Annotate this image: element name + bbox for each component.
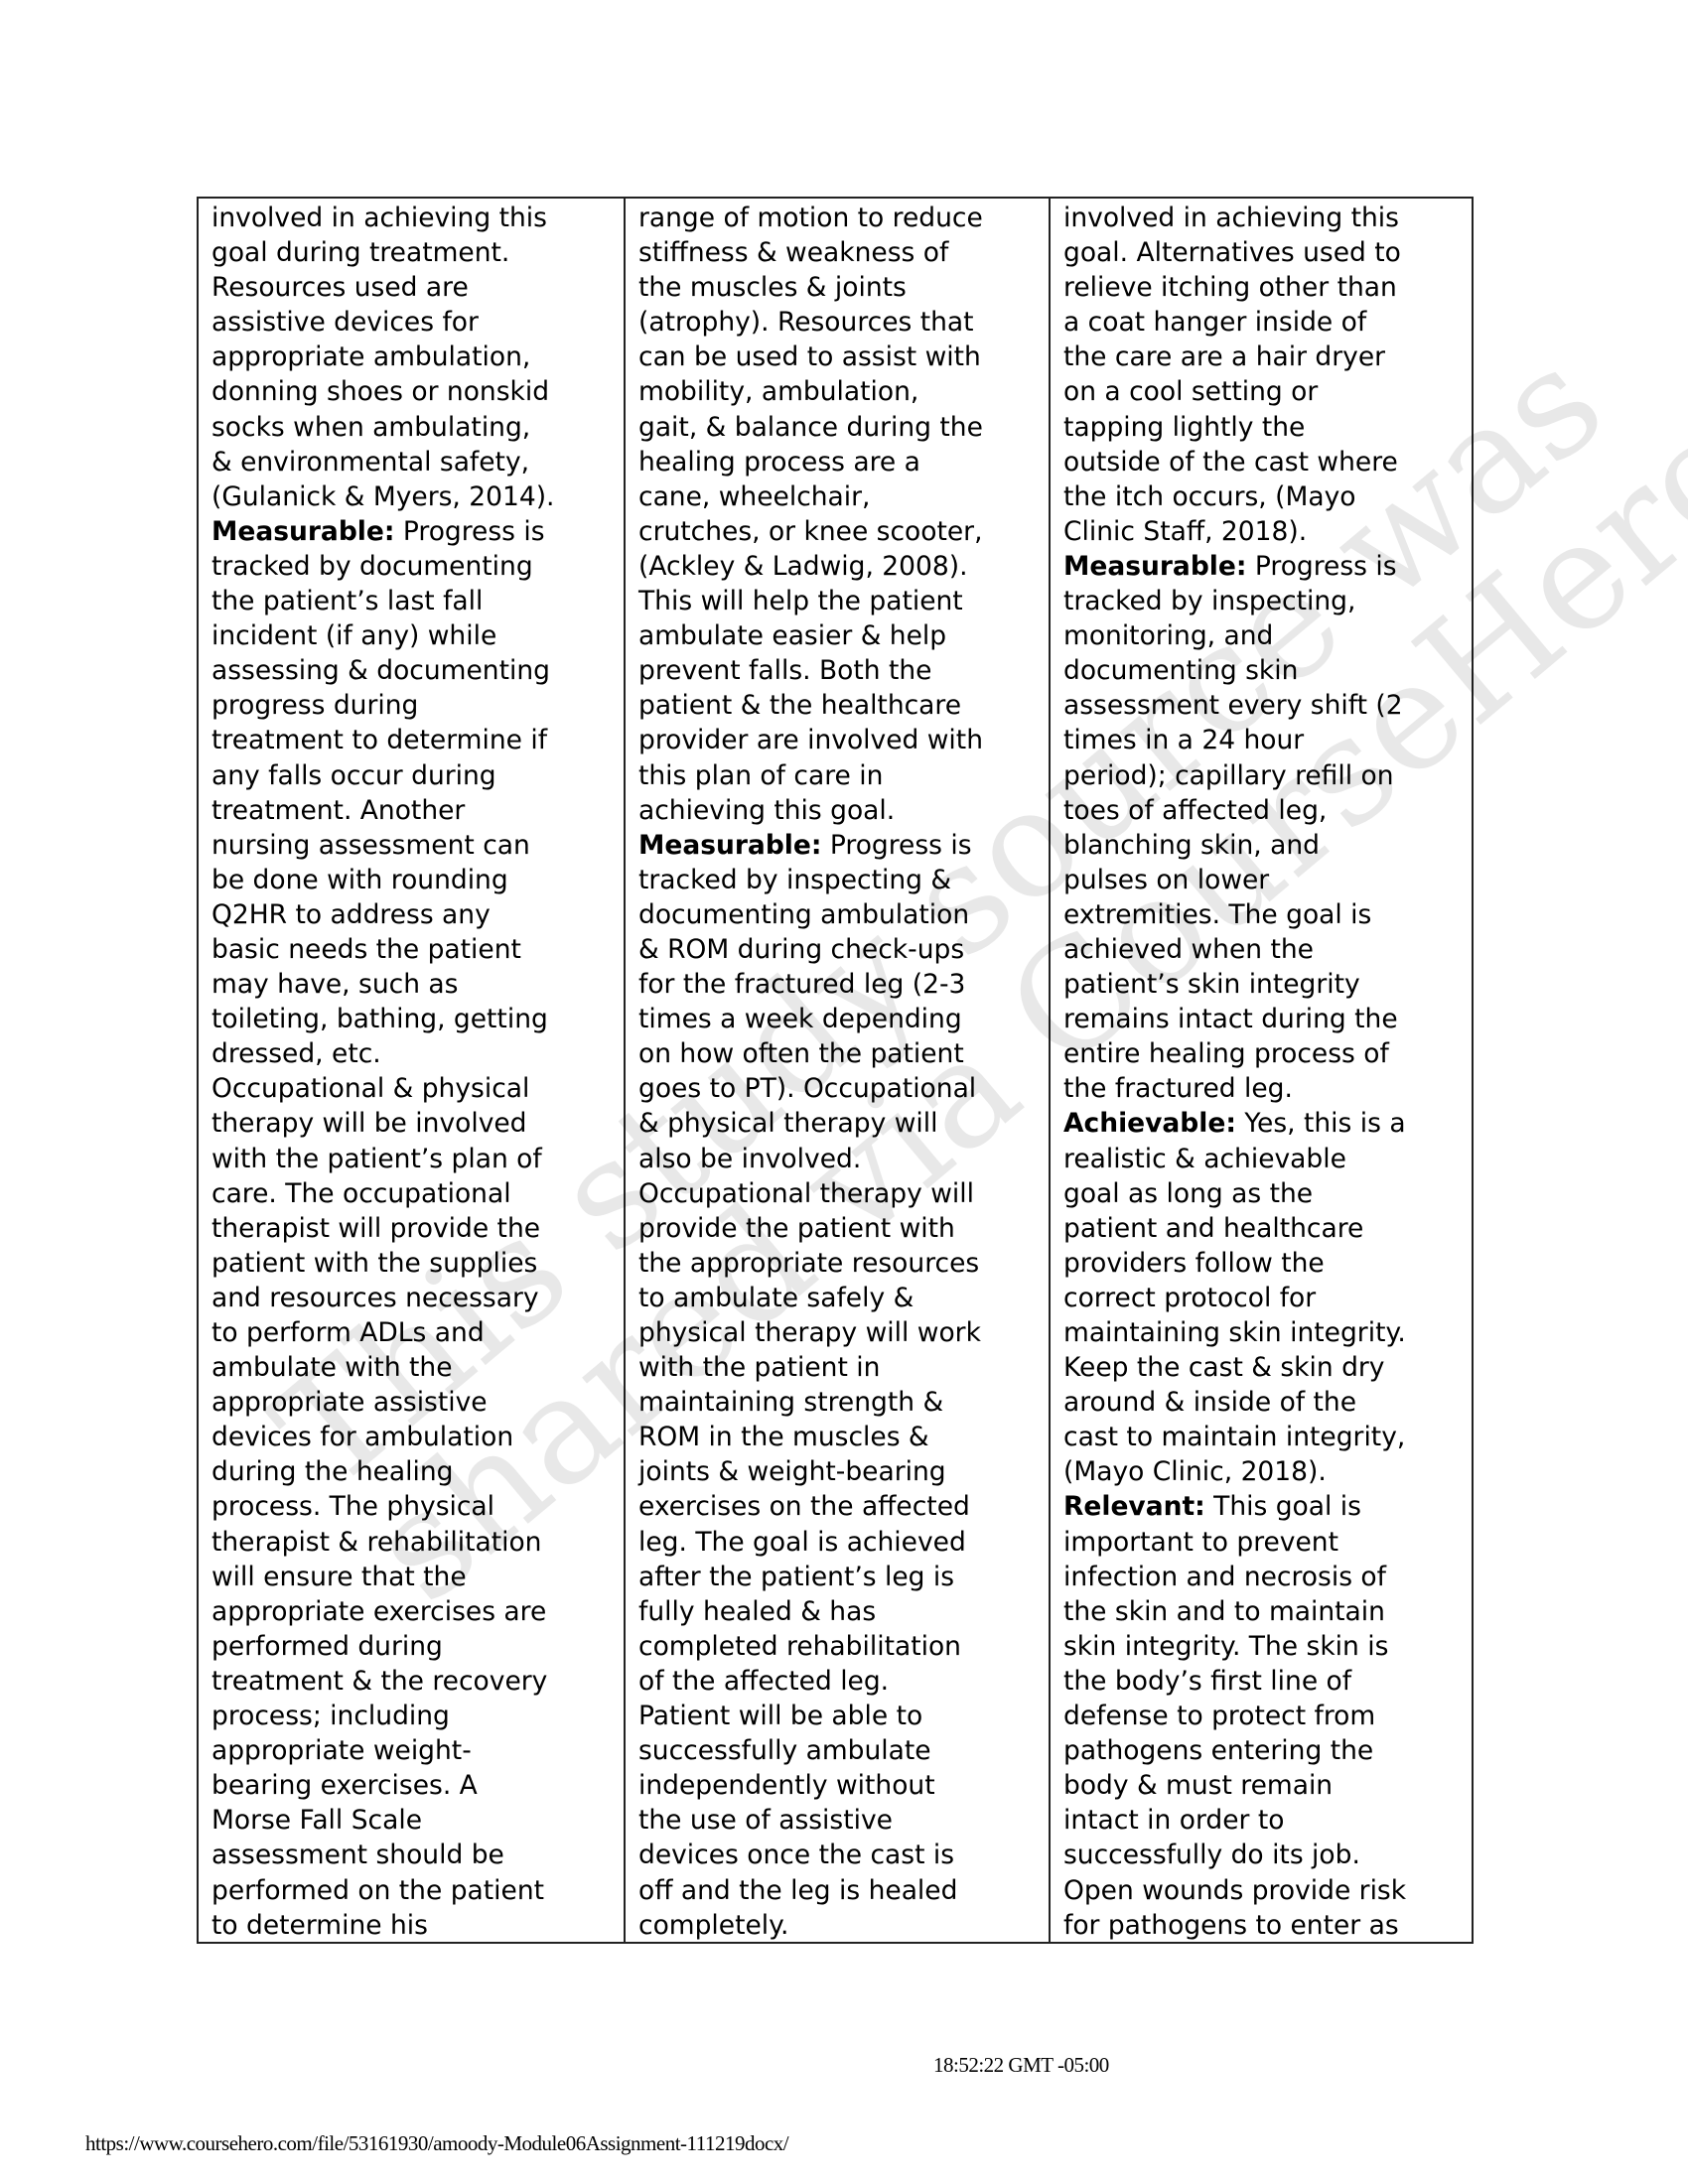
table-cell-line: with the patient’s plan of [211,1142,624,1176]
table-cell-line: tracked by documenting [211,549,624,584]
table-column-2: range of motion to reducestiffness & wea… [624,199,1049,1942]
line-text: the care are a hair dryer [1063,341,1385,372]
table-cell-line: also be involved. [638,1142,1049,1176]
table-cell-line: therapist will provide the [211,1211,624,1246]
line-text: Patient will be able to [638,1701,922,1731]
line-text: after the patient’s leg is [638,1562,954,1592]
table-cell-line: the care are a hair dryer [1063,340,1472,374]
line-text: progress during [211,690,418,721]
table-cell-line: on a cool setting or [1063,374,1472,409]
table-cell-line: & physical therapy will [638,1106,1049,1141]
line-text: patient & the healthcare [638,690,961,721]
table-column-1: involved in achieving thisgoal during tr… [199,199,624,1942]
line-text: patient’s skin integrity [1063,969,1360,1000]
table-cell-line: to perform ADLs and [211,1315,624,1350]
table-cell-line: involved in achieving this [211,201,624,235]
line-text: & physical therapy will [638,1108,937,1139]
line-text: joints & weight-bearing [638,1456,946,1487]
table-cell-line: toes of affected leg, [1063,793,1472,828]
line-text: Progress is [394,516,544,547]
line-text: involved in achieving this [211,203,547,233]
table-cell-line: ROM in the muscles & [638,1420,1049,1454]
table-cell-line: process; including [211,1699,624,1733]
table-cell-line: pulses on lower [1063,863,1472,897]
table-cell-line: therapist & rehabilitation [211,1525,624,1560]
line-text: outside of the cast where [1063,447,1398,478]
table-cell-line: appropriate exercises are [211,1594,624,1629]
line-text: realistic & achievable [1063,1144,1346,1174]
table-cell-line: assessment every shift (2 [1063,688,1472,723]
line-text: successfully do its job. [1063,1840,1360,1870]
table-cell-line: patient with the supplies [211,1246,624,1281]
line-text: will ensure that the [211,1562,467,1592]
table-cell-line: range of motion to reduce [638,201,1049,235]
line-text: pulses on lower [1063,865,1269,895]
line-text: tracked by inspecting, [1063,586,1355,616]
line-text: documenting ambulation [638,899,969,930]
line-text: the itch occurs, (Mayo [1063,481,1356,512]
line-text: achieved when the [1063,934,1314,965]
smart-criterion-label: Measurable: [211,516,394,547]
line-text: donning shoes or nonskid [211,376,549,407]
table-cell-line: be done with rounding [211,863,624,897]
table-cell-line: Open wounds provide risk [1063,1873,1472,1908]
table-cell-line: important to prevent [1063,1525,1472,1560]
table-cell-line: outside of the cast where [1063,445,1472,479]
table-cell-line: Patient will be able to [638,1699,1049,1733]
line-text: care. The occupational [211,1178,511,1209]
table-cell-line: this plan of care in [638,758,1049,793]
line-text: toileting, bathing, getting [211,1004,548,1034]
table-cell-line: Keep the cast & skin dry [1063,1350,1472,1385]
line-text: performed on the patient [211,1875,544,1906]
line-text: blanching skin, and [1063,830,1320,861]
line-text: a coat hanger inside of [1063,307,1366,338]
table-cell-line: Q2HR to address any [211,897,624,932]
line-text: goal. Alternatives used to [1063,237,1401,268]
line-text: entire healing process of [1063,1038,1389,1069]
table-cell-line: goal. Alternatives used to [1063,235,1472,270]
table-cell-line: a coat hanger inside of [1063,305,1472,340]
table-cell-line: period); capillary refill on [1063,758,1472,793]
line-text: fully healed & has [638,1596,876,1627]
line-text: Progress is [1246,551,1396,582]
table-cell-line: for the fractured leg (2-3 [638,967,1049,1002]
line-text: devices for ambulation [211,1422,513,1452]
line-text: ambulate easier & help [638,620,946,651]
line-text: This goal is [1205,1491,1361,1522]
line-text: independently without [638,1770,935,1801]
line-text: to perform ADLs and [211,1317,485,1348]
line-text: period); capillary refill on [1063,760,1394,791]
line-text: the patient’s last fall [211,586,483,616]
line-text: can be used to assist with [638,341,981,372]
line-text: bearing exercises. A [211,1770,478,1801]
table-cell-line: on how often the patient [638,1036,1049,1071]
table-cell-line: successfully do its job. [1063,1838,1472,1872]
line-text: goes to PT). Occupational [638,1073,976,1104]
line-text: crutches, or knee scooter, [638,516,983,547]
table-cell-line: independently without [638,1768,1049,1803]
line-text: tracked by documenting [211,551,533,582]
line-text: Occupational & physical [211,1073,529,1104]
table-cell-line: patient and healthcare [1063,1211,1472,1246]
line-text: with the patient in [638,1352,880,1383]
line-text: performed during [211,1631,443,1662]
table-cell-line: fully healed & has [638,1594,1049,1629]
line-text: the body’s first line of [1063,1666,1351,1697]
table-cell-line: healing process are a [638,445,1049,479]
table-cell-line: realistic & achievable [1063,1142,1472,1176]
line-text: ambulate with the [211,1352,453,1383]
table-cell-line: patient’s skin integrity [1063,967,1472,1002]
table-cell-line: progress during [211,688,624,723]
table-cell-line: to determine his [211,1908,624,1942]
table-cell-line: cane, wheelchair, [638,479,1049,514]
line-text: incident (if any) while [211,620,496,651]
table-cell-line: (atrophy). Resources that [638,305,1049,340]
table-cell-line: joints & weight-bearing [638,1454,1049,1489]
table-cell-line: tracked by inspecting & [638,863,1049,897]
table-cell-line: the muscles & joints [638,270,1049,305]
table-cell-line: documenting ambulation [638,897,1049,932]
line-text: and resources necessary [211,1283,539,1313]
line-text: off and the leg is healed [638,1875,957,1906]
line-text: exercises on the affected [638,1491,970,1522]
line-text: treatment & the recovery [211,1666,547,1697]
table-cell-line: therapy will be involved [211,1106,624,1141]
table-cell-line: monitoring, and [1063,618,1472,653]
table-cell-line: ambulate with the [211,1350,624,1385]
table-cell-line: any falls occur during [211,758,624,793]
table-cell-line: & environmental safety, [211,445,624,479]
line-text: remains intact during the [1063,1004,1398,1034]
line-text: (Mayo Clinic, 2018). [1063,1456,1327,1487]
table-cell-line: toileting, bathing, getting [211,1002,624,1036]
line-text: process. The physical [211,1491,494,1522]
line-text: times a week depending [638,1004,962,1034]
line-text: correct protocol for [1063,1283,1316,1313]
table-cell-line: assessing & documenting [211,653,624,688]
table-cell-line: devices once the cast is [638,1838,1049,1872]
table-cell-line: bearing exercises. A [211,1768,624,1803]
table-cell-line: completely. [638,1908,1049,1942]
line-text: assessment should be [211,1840,504,1870]
table-cell-line: for pathogens to enter as [1063,1908,1472,1942]
table-cell-line: Measurable: Progress is [638,828,1049,863]
line-text: the skin and to maintain [1063,1596,1385,1627]
line-text: & environmental safety, [211,447,529,478]
line-text: dressed, etc. [211,1038,381,1069]
table-cell-line: patient & the healthcare [638,688,1049,723]
table-cell-line: the body’s first line of [1063,1664,1472,1699]
line-text: goal as long as the [1063,1178,1313,1209]
table-cell-line: Relevant: This goal is [1063,1489,1472,1524]
line-text: be done with rounding [211,865,508,895]
table-cell-line: will ensure that the [211,1560,624,1594]
table-cell-line: physical therapy will work [638,1315,1049,1350]
line-text: completed rehabilitation [638,1631,961,1662]
table-cell-line: can be used to assist with [638,340,1049,374]
line-text: pathogens entering the [1063,1735,1373,1766]
line-text: Open wounds provide risk [1063,1875,1406,1906]
table-cell-line: donning shoes or nonskid [211,374,624,409]
line-text: assessing & documenting [211,655,550,686]
line-text: monitoring, and [1063,620,1273,651]
table-cell-line: socks when ambulating, [211,410,624,445]
table-cell-line: extremities. The goal is [1063,897,1472,932]
line-text: skin integrity. The skin is [1063,1631,1388,1662]
line-text: intact in order to [1063,1805,1284,1836]
table-cell-line: relieve itching other than [1063,270,1472,305]
table-cell-line: appropriate ambulation, [211,340,624,374]
line-text: devices once the cast is [638,1840,954,1870]
table-cell-line: Measurable: Progress is [211,514,624,549]
table-cell-line: during the healing [211,1454,624,1489]
table-cell-line: dressed, etc. [211,1036,624,1071]
table-cell-line: documenting skin [1063,653,1472,688]
table-cell-line: Measurable: Progress is [1063,549,1472,584]
table-cell-line: tapping lightly the [1063,410,1472,445]
line-text: patient with the supplies [211,1248,537,1279]
table-cell-line: performed on the patient [211,1873,624,1908]
line-text: appropriate weight- [211,1735,472,1766]
table-cell-line: nursing assessment can [211,828,624,863]
line-text: to ambulate safely & [638,1283,914,1313]
table-cell-line: ambulate easier & help [638,618,1049,653]
line-text: the muscles & joints [638,272,907,303]
table-cell-line: appropriate assistive [211,1385,624,1420]
line-text: assessment every shift (2 [1063,690,1403,721]
line-text: therapy will be involved [211,1108,527,1139]
line-text: infection and necrosis of [1063,1562,1386,1592]
line-text: the appropriate resources [638,1248,979,1279]
table-cell-line: treatment to determine if [211,723,624,757]
table-cell-line: care. The occupational [211,1176,624,1211]
line-text: cast to maintain integrity, [1063,1422,1405,1452]
line-text: Occupational therapy will [638,1178,974,1209]
table-cell-line: maintaining strength & [638,1385,1049,1420]
line-text: of the affected leg. [638,1666,889,1697]
table-cell-line: intact in order to [1063,1803,1472,1838]
table-cell-line: Occupational therapy will [638,1176,1049,1211]
line-text: times in a 24 hour [1063,725,1304,755]
line-text: range of motion to reduce [638,203,983,233]
table-cell-line: tracked by inspecting, [1063,584,1472,618]
line-text: defense to protect from [1063,1701,1375,1731]
table-cell-line: Occupational & physical [211,1071,624,1106]
table-cell-line: goes to PT). Occupational [638,1071,1049,1106]
line-text: may have, such as [211,969,458,1000]
footer-timestamp: 18:52:22 GMT -05:00 [933,2053,1109,2078]
line-text: Keep the cast & skin dry [1063,1352,1384,1383]
table-cell-line: (Gulanick & Myers, 2014). [211,479,624,514]
line-text: extremities. The goal is [1063,899,1371,930]
line-text: Resources used are [211,272,469,303]
line-text: maintaining strength & [638,1387,943,1418]
line-text: Morse Fall Scale [211,1805,422,1836]
table-cell-line: incident (if any) while [211,618,624,653]
line-text: appropriate assistive [211,1387,488,1418]
line-text: to determine his [211,1910,428,1941]
line-text: achieving this goal. [638,795,895,826]
table-cell-line: treatment. Another [211,793,624,828]
line-text: nursing assessment can [211,830,530,861]
smart-criterion-label: Achievable: [1063,1108,1236,1139]
line-text: mobility, ambulation, [638,376,918,407]
line-text: assistive devices for [211,307,479,338]
line-text: for the fractured leg (2-3 [638,969,965,1000]
line-text: providers follow the [1063,1248,1325,1279]
line-text: treatment to determine if [211,725,547,755]
table-cell-line: and resources necessary [211,1281,624,1315]
table-cell-line: devices for ambulation [211,1420,624,1454]
table-cell-line: to ambulate safely & [638,1281,1049,1315]
table-cell-line: times a week depending [638,1002,1049,1036]
line-text: appropriate ambulation, [211,341,530,372]
table-cell-line: exercises on the affected [638,1489,1049,1524]
table-cell-line: after the patient’s leg is [638,1560,1049,1594]
line-text: this plan of care in [638,760,883,791]
table-cell-line: treatment & the recovery [211,1664,624,1699]
line-text: & ROM during check-ups [638,934,964,965]
table-cell-line: with the patient in [638,1350,1049,1385]
line-text: on how often the patient [638,1038,964,1069]
line-text: leg. The goal is achieved [638,1527,966,1558]
line-text: provider are involved with [638,725,983,755]
table-cell-line: goal as long as the [1063,1176,1472,1211]
table-cell-line: defense to protect from [1063,1699,1472,1733]
table-cell-line: mobility, ambulation, [638,374,1049,409]
line-text: completely. [638,1910,788,1941]
table-cell-line: gait, & balance during the [638,410,1049,445]
table-cell-line: crutches, or knee scooter, [638,514,1049,549]
line-text: Q2HR to address any [211,899,491,930]
line-text: therapist will provide the [211,1213,540,1244]
table-cell-line: the skin and to maintain [1063,1594,1472,1629]
table-cell-line: blanching skin, and [1063,828,1472,863]
table-cell-line: the itch occurs, (Mayo [1063,479,1472,514]
table-cell-line: cast to maintain integrity, [1063,1420,1472,1454]
line-text: physical therapy will work [638,1317,981,1348]
table-cell-line: Resources used are [211,270,624,305]
line-text: stiffness & weakness of [638,237,948,268]
line-text: basic needs the patient [211,934,521,965]
smart-criterion-label: Measurable: [638,830,821,861]
smart-goals-table: involved in achieving thisgoal during tr… [197,197,1474,1944]
smart-criterion-label: Measurable: [1063,551,1246,582]
line-text: (Ackley & Ladwig, 2008). [638,551,968,582]
line-text: This will help the patient [638,586,963,616]
table-cell-line: stiffness & weakness of [638,235,1049,270]
table-cell-line: body & must remain [1063,1768,1472,1803]
table-cell-line: entire healing process of [1063,1036,1472,1071]
line-text: documenting skin [1063,655,1298,686]
table-cell-line: This will help the patient [638,584,1049,618]
table-cell-line: providers follow the [1063,1246,1472,1281]
line-text: during the healing [211,1456,454,1487]
line-text: body & must remain [1063,1770,1333,1801]
line-text: gait, & balance during the [638,412,983,443]
line-text: ROM in the muscles & [638,1422,929,1452]
table-cell-line: leg. The goal is achieved [638,1525,1049,1560]
line-text: any falls occur during [211,760,496,791]
line-text: the fractured leg. [1063,1073,1293,1104]
line-text: also be involved. [638,1144,861,1174]
table-cell-line: & ROM during check-ups [638,932,1049,967]
table-cell-line: the fractured leg. [1063,1071,1472,1106]
line-text: (atrophy). Resources that [638,307,974,338]
table-cell-line: off and the leg is healed [638,1873,1049,1908]
table-cell-line: assessment should be [211,1838,624,1872]
table-cell-line: around & inside of the [1063,1385,1472,1420]
table-cell-line: Clinic Staff, 2018). [1063,514,1472,549]
table-column-3: involved in achieving thisgoal. Alternat… [1049,199,1472,1942]
table-cell-line: remains intact during the [1063,1002,1472,1036]
line-text: the use of assistive [638,1805,893,1836]
line-text: healing process are a [638,447,920,478]
line-text: toes of affected leg, [1063,795,1327,826]
table-cell-line: times in a 24 hour [1063,723,1472,757]
line-text: tracked by inspecting & [638,865,951,895]
table-cell-line: Morse Fall Scale [211,1803,624,1838]
table-cell-line: skin integrity. The skin is [1063,1629,1472,1664]
table-cell-line: prevent falls. Both the [638,653,1049,688]
table-cell-line: completed rehabilitation [638,1629,1049,1664]
line-text: Progress is [821,830,971,861]
table-cell-line: provide the patient with [638,1211,1049,1246]
line-text: goal during treatment. [211,237,509,268]
line-text: for pathogens to enter as [1063,1910,1399,1941]
table-cell-line: provider are involved with [638,723,1049,757]
footer-source-url[interactable]: https://www.coursehero.com/file/53161930… [85,2131,788,2156]
table-cell-line: of the affected leg. [638,1664,1049,1699]
table-cell-line: correct protocol for [1063,1281,1472,1315]
table-cell-line: performed during [211,1629,624,1664]
line-text: provide the patient with [638,1213,955,1244]
table-cell-line: basic needs the patient [211,932,624,967]
table-cell-line: involved in achieving this [1063,201,1472,235]
line-text: socks when ambulating, [211,412,530,443]
document-page: involved in achieving thisgoal during tr… [0,0,1688,2184]
line-text: Yes, this is a [1236,1108,1406,1139]
table-cell-line: successfully ambulate [638,1733,1049,1768]
line-text: cane, wheelchair, [638,481,870,512]
table-cell-line: achieved when the [1063,932,1472,967]
table-cell-line: (Ackley & Ladwig, 2008). [638,549,1049,584]
table-cell-line: achieving this goal. [638,793,1049,828]
table-cell-line: may have, such as [211,967,624,1002]
line-text: involved in achieving this [1063,203,1399,233]
line-text: appropriate exercises are [211,1596,546,1627]
table-cell-line: the use of assistive [638,1803,1049,1838]
line-text: treatment. Another [211,795,465,826]
table-cell-line: assistive devices for [211,305,624,340]
line-text: process; including [211,1701,450,1731]
table-cell-line: maintaining skin integrity. [1063,1315,1472,1350]
table-cell-line: the appropriate resources [638,1246,1049,1281]
line-text: patient and healthcare [1063,1213,1363,1244]
line-text: tapping lightly the [1063,412,1305,443]
table-cell-line: infection and necrosis of [1063,1560,1472,1594]
line-text: around & inside of the [1063,1387,1356,1418]
table-cell-line: the patient’s last fall [211,584,624,618]
line-text: on a cool setting or [1063,376,1318,407]
line-text: maintaining skin integrity. [1063,1317,1406,1348]
table-cell-line: pathogens entering the [1063,1733,1472,1768]
table-cell-line: process. The physical [211,1489,624,1524]
line-text: Clinic Staff, 2018). [1063,516,1307,547]
